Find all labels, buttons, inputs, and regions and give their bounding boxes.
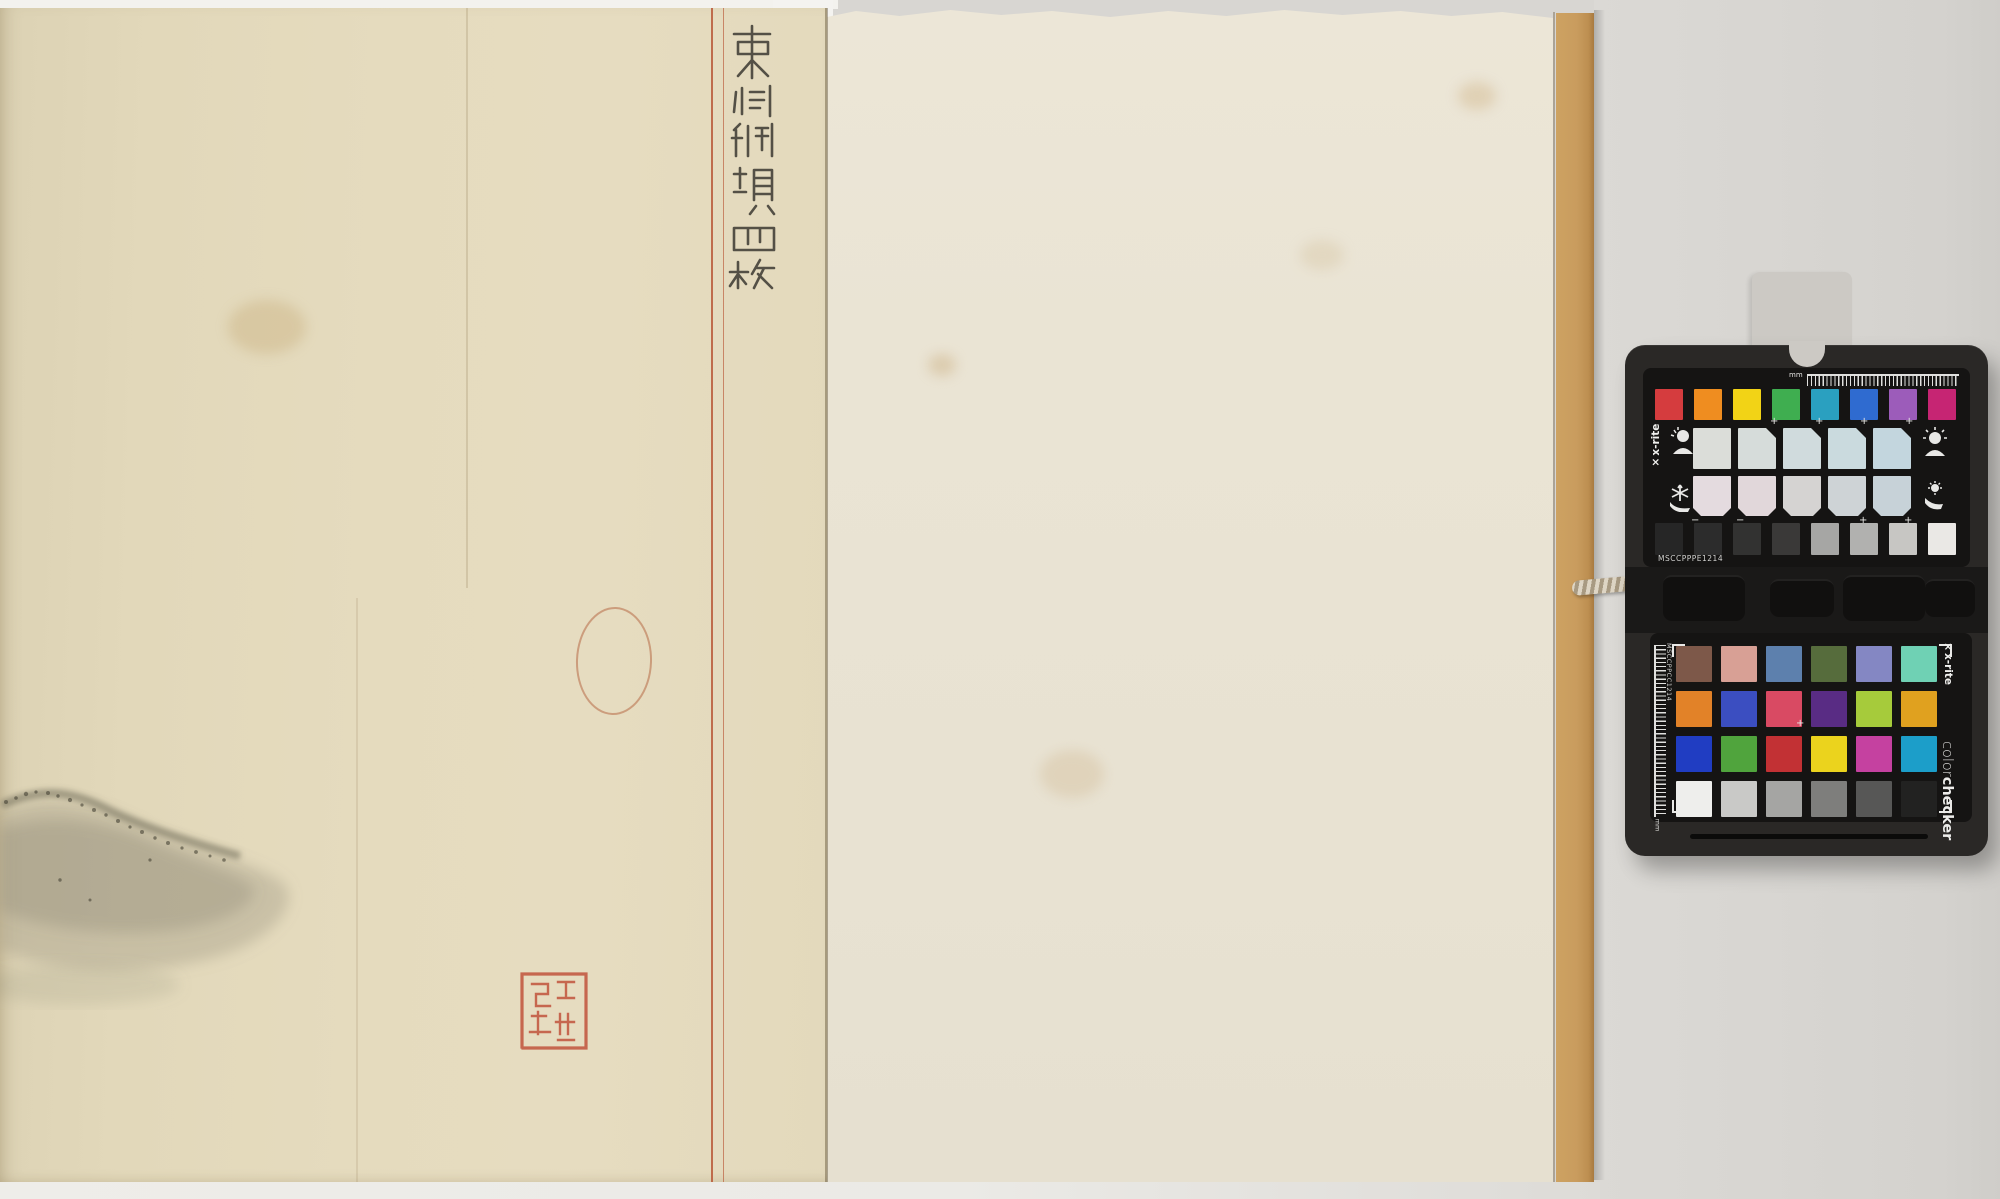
classic-swatch-row-1 bbox=[1676, 646, 1937, 682]
color-patch bbox=[1850, 523, 1878, 555]
colorchecker-enhancement-card: mm ×x-rite bbox=[1643, 368, 1970, 567]
registration-mark: + bbox=[1860, 417, 1868, 427]
color-patch bbox=[1901, 736, 1937, 772]
hinge-knuckle bbox=[1925, 579, 1975, 617]
color-patch bbox=[1783, 476, 1821, 516]
paper-crease bbox=[356, 598, 358, 1182]
xrite-logo: ×x-rite bbox=[1650, 415, 1664, 475]
tan-edge-strip bbox=[1556, 13, 1594, 1182]
red-ruled-line bbox=[711, 8, 713, 1182]
color-patch bbox=[1738, 428, 1776, 469]
card-code: MSCCPPPE1214 bbox=[1658, 554, 1723, 563]
color-patch bbox=[1811, 523, 1839, 555]
color-patch bbox=[1721, 691, 1757, 727]
hinge-knuckle bbox=[1663, 575, 1745, 621]
sun-flag-icon bbox=[1921, 480, 1947, 510]
registration-mark: + bbox=[1796, 719, 1804, 729]
color-patch bbox=[1693, 428, 1731, 469]
classic-swatch-row-3 bbox=[1676, 736, 1937, 772]
paper-stain bbox=[1040, 750, 1104, 798]
paper-stain bbox=[228, 300, 306, 354]
color-patch bbox=[1856, 646, 1892, 682]
color-patch bbox=[1873, 476, 1911, 516]
xrite-brand-text: x-rite bbox=[1942, 653, 1954, 685]
color-patch bbox=[1928, 389, 1956, 420]
paper-stain bbox=[1300, 240, 1344, 270]
color-patch bbox=[1828, 476, 1866, 516]
color-patch bbox=[1721, 781, 1757, 817]
paper-crease bbox=[466, 8, 468, 588]
color-patch bbox=[1733, 389, 1761, 420]
color-patch bbox=[1901, 646, 1937, 682]
handscroll bbox=[0, 8, 1594, 1182]
enhancement-swatch-row-2 bbox=[1693, 428, 1911, 469]
enhancement-swatch-row-3 bbox=[1693, 476, 1911, 516]
passport-hinge bbox=[1625, 567, 1988, 633]
color-patch bbox=[1828, 428, 1866, 469]
registration-mark: + bbox=[1859, 516, 1867, 526]
color-patch bbox=[1766, 646, 1802, 682]
color-patch bbox=[1694, 389, 1722, 420]
xrite-x-icon: × bbox=[1650, 458, 1662, 467]
registration-mark: + bbox=[1904, 516, 1912, 526]
color-patch bbox=[1889, 523, 1917, 555]
enhancement-swatch-row-4 bbox=[1655, 523, 1956, 555]
ruler-unit-label: mm bbox=[1789, 371, 1803, 379]
xrite-x-icon: × bbox=[1942, 641, 1954, 653]
color-patch bbox=[1721, 646, 1757, 682]
color-patch bbox=[1811, 691, 1847, 727]
color-patch bbox=[1766, 781, 1802, 817]
registration-mark: + bbox=[1905, 417, 1913, 427]
colorchecker-classic-card: mm MSCCPPCC1214 ×x-rite colorchecker + bbox=[1650, 633, 1972, 822]
inscription-calligraphy bbox=[726, 22, 786, 294]
scroll-edge-shadow bbox=[1594, 10, 1605, 1180]
registration-mark: − bbox=[1736, 516, 1744, 526]
colorchecker-word-bold: checker bbox=[1939, 777, 1955, 841]
color-patch bbox=[1856, 736, 1892, 772]
white-tab bbox=[1752, 272, 1852, 352]
color-patch bbox=[1676, 646, 1712, 682]
color-patch bbox=[1901, 691, 1937, 727]
color-patch bbox=[1676, 736, 1712, 772]
photograph-of-handscroll-with-colorchecker: mm ×x-rite bbox=[0, 0, 2000, 1199]
colorchecker-word-light: color bbox=[1939, 741, 1955, 777]
color-patch bbox=[1772, 523, 1800, 555]
xrite-brand-text: x-rite bbox=[1650, 424, 1662, 456]
color-patch bbox=[1783, 428, 1821, 469]
colorchecker-wordmark: colorchecker bbox=[1939, 741, 1955, 840]
color-patch bbox=[1811, 646, 1847, 682]
color-patch bbox=[1856, 691, 1892, 727]
registration-mark: + bbox=[1815, 417, 1823, 427]
color-patch bbox=[1901, 781, 1937, 817]
registration-mark: + bbox=[1770, 417, 1778, 427]
color-patch bbox=[1694, 523, 1722, 555]
paper-stain bbox=[928, 354, 956, 376]
color-patch bbox=[1811, 781, 1847, 817]
ink-wash-mountain bbox=[0, 760, 320, 1010]
hinge-knuckle bbox=[1770, 579, 1834, 617]
color-patch bbox=[1811, 736, 1847, 772]
edge-strip-seam bbox=[1553, 12, 1555, 1182]
panel-seam bbox=[825, 8, 828, 1182]
background-bottom-surface bbox=[0, 1182, 1600, 1199]
right-paper-panel bbox=[827, 8, 1553, 1182]
color-patch bbox=[1676, 691, 1712, 727]
color-patch bbox=[1693, 476, 1731, 516]
portrait-sparkle-icon bbox=[1669, 426, 1695, 456]
color-patch bbox=[1873, 428, 1911, 469]
color-patch bbox=[1856, 781, 1892, 817]
color-patch bbox=[1676, 781, 1712, 817]
classic-swatch-row-4 bbox=[1676, 781, 1937, 817]
ruler-unit-label: mm bbox=[1653, 819, 1661, 832]
hinge-knuckle bbox=[1843, 575, 1925, 621]
color-patch bbox=[1721, 736, 1757, 772]
color-patch bbox=[1655, 523, 1683, 555]
colorchecker-passport-case: mm ×x-rite bbox=[1625, 345, 1988, 856]
case-groove bbox=[1690, 834, 1928, 839]
classic-swatch-row-2 bbox=[1676, 691, 1937, 727]
red-ruled-line bbox=[723, 8, 725, 1182]
snowflake-flag-icon bbox=[1667, 482, 1693, 512]
color-patch bbox=[1733, 523, 1761, 555]
color-patch bbox=[1738, 476, 1776, 516]
xrite-logo: ×x-rite bbox=[1942, 641, 1956, 685]
color-patch bbox=[1766, 736, 1802, 772]
portrait-sun-icon bbox=[1919, 426, 1947, 458]
mm-ruler bbox=[1807, 374, 1959, 386]
paper-stain bbox=[1458, 82, 1496, 110]
color-patch bbox=[1928, 523, 1956, 555]
red-seal-stamp bbox=[518, 970, 590, 1052]
registration-mark: − bbox=[1691, 516, 1699, 526]
